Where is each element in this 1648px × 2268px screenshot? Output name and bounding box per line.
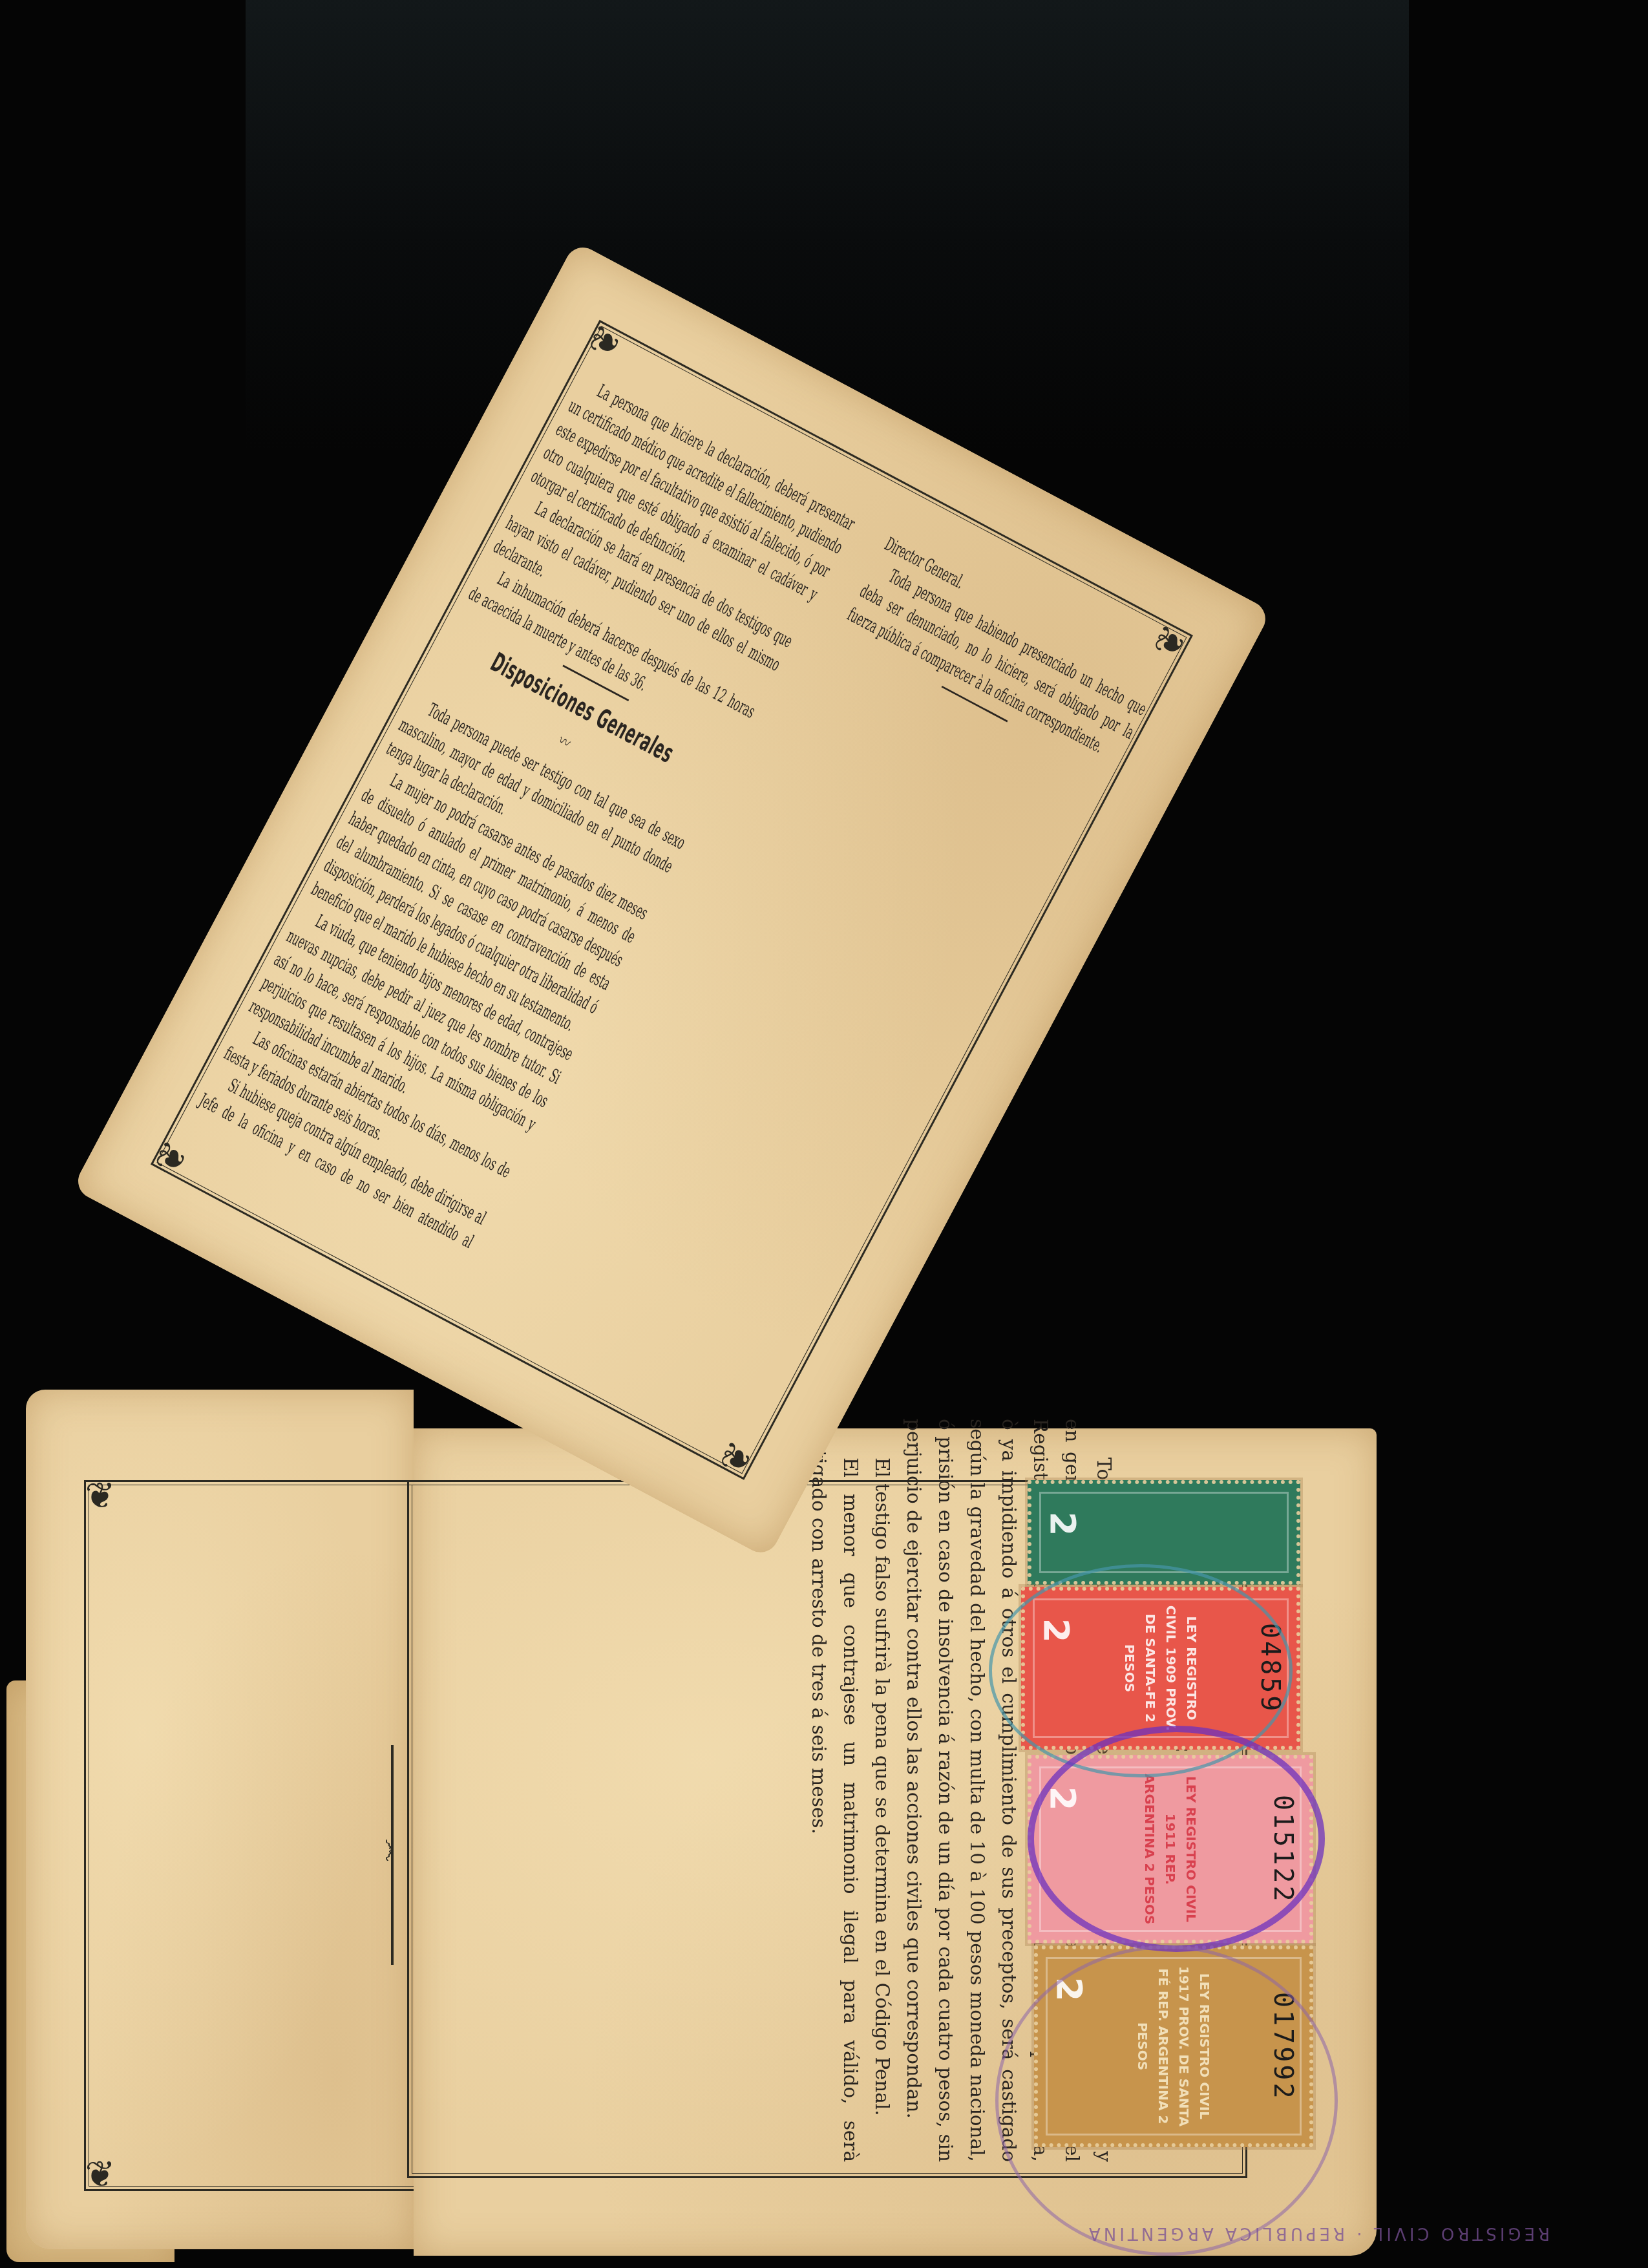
cancellation-text: REGISTRO CIVIL · REPUBLICA ARGENTINA — [1086, 2223, 1550, 2243]
stamp-label: LEY REGISTRO CIVIL 1909 PROV. DE SANTA-F… — [1119, 1604, 1202, 1733]
revenue-stamp-pink: 2 LEY REGISTRO CIVIL 1911 REP. ARGENTINA… — [1028, 1755, 1313, 1944]
corner-ornament-icon: ❦ — [78, 2152, 123, 2198]
stamp-serial: 04859 — [1252, 1604, 1285, 1733]
revenue-stamp-red: 2 LEY REGISTRO CIVIL 1909 PROV. DE SANTA… — [1021, 1587, 1300, 1750]
revenue-stamp-green: 2 — [1028, 1480, 1300, 1585]
stamp-value: 2 — [1036, 1618, 1077, 1643]
paragraph: El menor que contrajese un matrimonio il… — [803, 1419, 866, 2162]
stamp-serial: 017992 — [1265, 1962, 1298, 2130]
stamp-value: 2 — [1049, 1977, 1090, 2002]
stamp-value: 2 — [1042, 1512, 1083, 1536]
revenue-stamp-ochre: 2 LEY REGISTRO CIVIL 1917 PROV. DE SANTA… — [1034, 1945, 1313, 2147]
stamp-value: 2 — [1042, 1786, 1083, 1811]
corner-ornament-icon: ❦ — [78, 1474, 123, 1519]
paragraph: El testigo falso sufrirà la pena que se … — [866, 1419, 898, 2162]
scroll-ornament-icon: ෴ — [377, 1838, 407, 1861]
left-blank-page: ❦ ❦ ෴ — [26, 1390, 414, 2249]
stamp-label: LEY REGISTRO CIVIL 1911 REP. ARGENTINA 2… — [1139, 1772, 1201, 1927]
general-section: La persona que hiciere la declaración, d… — [185, 369, 1164, 1434]
stamp-serial: 015122 — [1265, 1772, 1298, 1927]
stamp-label: LEY REGISTRO CIVIL 1917 PROV. DE SANTA F… — [1132, 1962, 1215, 2130]
page-border — [84, 1480, 427, 2191]
